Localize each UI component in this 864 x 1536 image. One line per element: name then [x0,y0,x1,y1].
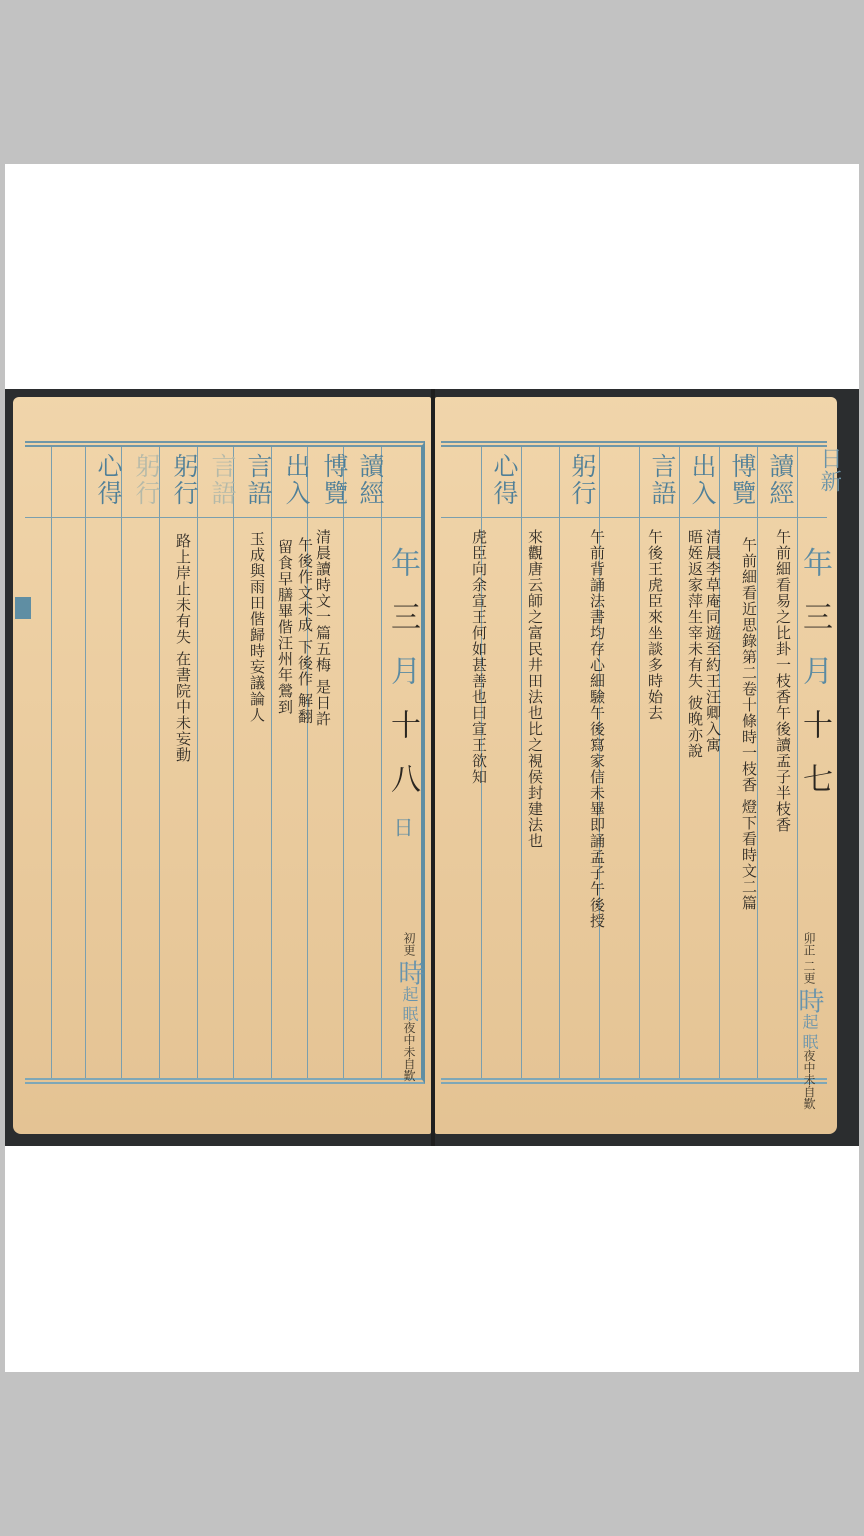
header-conduct: 躬行 [165,453,199,507]
night-note: 夜中未自歎 [402,1022,416,1082]
left-date: 年三月十八日 [385,547,419,861]
rise-label: 起 [400,986,419,1002]
right-page: 讀經 博覽 出入 言語 躬行 心得 午前細看易之比卦一枝香午後讀孟子半枝香 午前… [435,397,837,1134]
header-broad-reading: 博覽 [723,453,757,507]
entry-conduct: 路上岸止未有失 在書院中未妄動 [175,533,191,833]
header-conduct: 躬行 [563,453,597,507]
sleep-note: 二更 [802,960,816,984]
header-read-classics: 讀經 [761,453,795,507]
year-label: 年 [797,547,832,601]
time-label: 時 [794,988,824,1014]
entry-conduct: 午後王虎臣來坐談多時始去 [647,529,663,1089]
header-speech: 言語 [239,453,273,507]
left-page: 讀經 博覽 出入 言語 躬行 心得 言語 躬行 清晨讀時文一篇五梅 是日許 午後… [13,397,431,1134]
sleep-label: 眠 [800,1033,819,1049]
entry-speech: 玉成與雨田偕歸時妄議論人 [249,531,265,771]
rise-label: 起 [800,1014,819,1030]
book-scan-image[interactable]: 讀經 博覽 出入 言語 躬行 心得 言語 躬行 清晨讀時文一篇五梅 是日許 午後… [5,389,859,1146]
entry-read-classics: 清晨讀時文一篇五梅 是日許 [315,529,331,829]
header-comings-goings: 出入 [277,453,311,507]
header-speech: 言語 [643,453,677,507]
rise-note: 卯正 [802,932,816,956]
header-bleed-through: 言語 [203,453,237,507]
header-bleed-through: 躬行 [127,453,161,507]
day-label: 日 [390,817,414,861]
entry-speech: 晤姪返家萍生宰未有失 彼晚亦說 [687,529,703,1089]
entry-read-classics: 午前細看易之比卦一枝香午後讀孟子半枝香 [775,529,791,869]
entry-reflections-2: 來觀唐云師之富民井田法也比之視侯封建法也 [527,529,543,1089]
month-label: 月 [797,655,832,709]
header-read-classics: 讀經 [351,453,385,507]
entry-conduct-2: 午前背誦法書均存心細驗午後寫家信未畢即誦孟子午後授 [589,529,605,1089]
sleep-label: 眠 [400,1006,419,1022]
entry-broad-reading: 午後作文未成 下後作 解翻 [297,537,313,817]
left-page-grid: 讀經 博覽 出入 言語 躬行 心得 言語 躬行 清晨讀時文一篇五梅 是日許 午後… [25,441,425,1084]
page-edge-tab [15,597,31,619]
header-reflections: 心得 [485,453,519,507]
day-number: 十七 [797,709,832,817]
entry-broad-reading: 午前細看近思錄第二卷十條時一枝香 燈下看時文二篇 [741,537,757,957]
day-number: 十八 [385,709,420,817]
month-number: 三 [797,601,832,655]
year-label: 年 [385,547,420,601]
month-number: 三 [385,601,420,655]
time-label: 時 [394,960,424,986]
page-edge-label: 日新 [817,447,841,493]
header-broad-reading: 博覽 [315,453,349,507]
right-date: 年三月十七 [797,547,831,817]
month-label: 月 [385,655,420,709]
header-comings-goings: 出入 [683,453,717,507]
entry-comings-goings: 留食早膳畢偕汪州年鶯到 [277,539,293,839]
left-time-block: 初更 時起 眠夜中未自歎 [391,932,428,1082]
header-reflections: 心得 [89,453,123,507]
night-note: 夜中未自歎 [802,1049,816,1109]
entry-reflections: 虎臣向余宣王何如甚善也曰宣王欲知 [471,529,487,1089]
viewer-root: { "viewer": { "background": "#c2c2c2", "… [0,0,864,1536]
entry-comings-goings: 清晨李草庵同遊至約王汪卿入寓 [705,529,721,1089]
right-page-grid: 讀經 博覽 出入 言語 躬行 心得 午前細看易之比卦一枝香午後讀孟子半枝香 午前… [441,441,827,1084]
right-time-block: 卯正 二更 時起 眠夜中未自歎 [791,932,828,1109]
sleep-note: 初更 [402,932,416,956]
